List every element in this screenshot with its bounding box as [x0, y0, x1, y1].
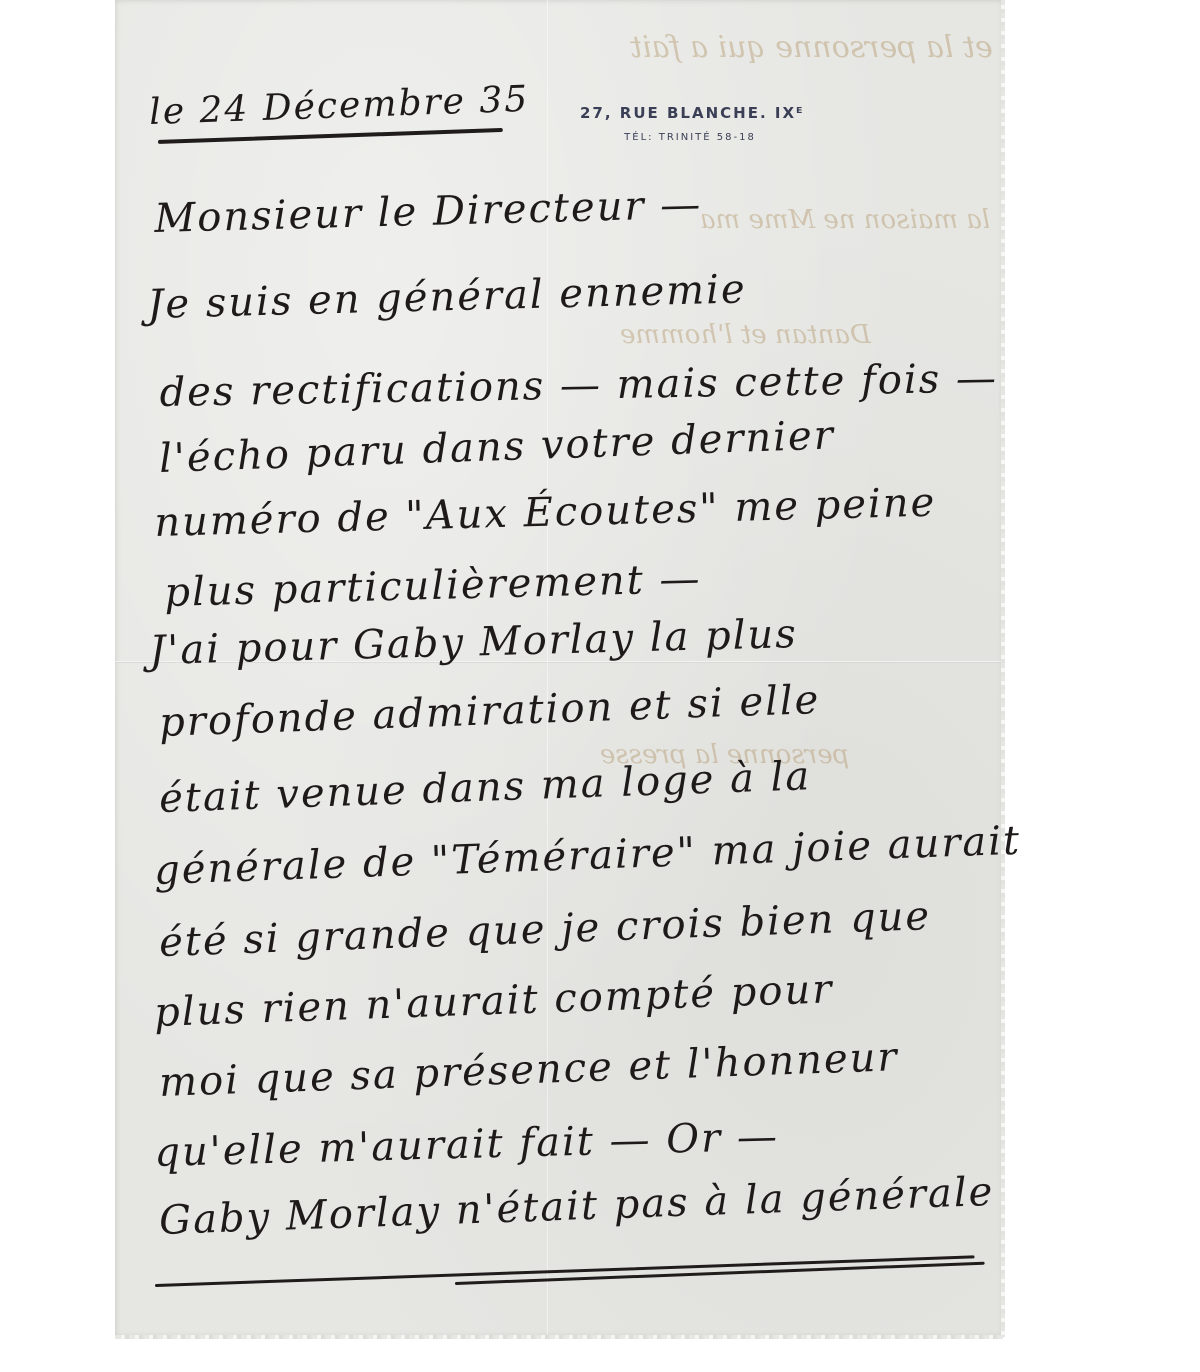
- deckled-edge-bottom: [115, 1335, 1003, 1339]
- letterhead: 27, RUE BLANCHE. IXᴱ TÉL: TRINITÉ 58-18: [580, 104, 800, 143]
- letterhead-address: 27, RUE BLANCHE. IXᴱ: [580, 104, 800, 122]
- letterhead-telephone: TÉL: TRINITÉ 58-18: [580, 132, 800, 143]
- deckled-edge-right: [1001, 0, 1005, 1337]
